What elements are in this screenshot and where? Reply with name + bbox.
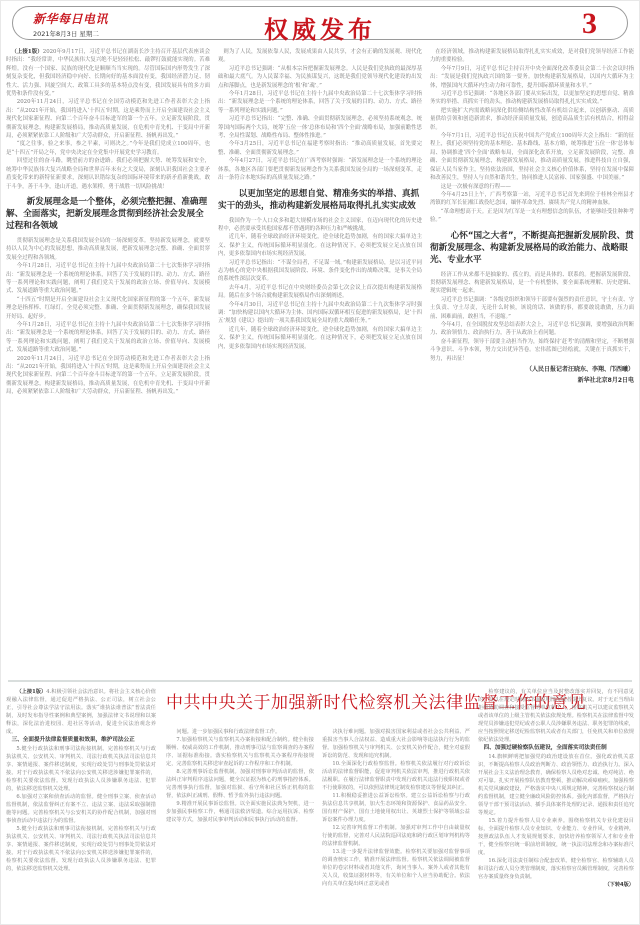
article-headline: 中共中央关于加强新时代检察机关法律监督工作的意见 bbox=[166, 688, 466, 718]
article-paragraph: 7.加强检察机关与监察机关办案衔接和配合制约。健全衔接顺畅、权威高效的工作机制，… bbox=[166, 736, 314, 768]
article-paragraph: 习近平总书记指出：“不谋全局者，不足谋一域。”构建新发展格局，是以习近平同志为核… bbox=[218, 259, 422, 284]
article-paragraph: 我国作为一个人口众多和超大规模市场的社会主义国家，在迈向现代化的历史进程中，必然… bbox=[218, 217, 422, 234]
lower-column-3: 决执行难问题。加强对损害国家利益或者社会公共利益、严重损害当事人合法权益、造成重… bbox=[322, 728, 470, 920]
article-paragraph: 近几年，随着全球政治经济环境变化，逆全球化趋势加剧，有的国家大搞单边主义、保护主… bbox=[218, 233, 422, 258]
lower-column-4: 检察建议的，有关单位应当及时整改落实并回复，有不同意见的，可以在规定时间内书面说… bbox=[478, 688, 634, 920]
article-paragraph: 今年4月25日上午，广西考察第一站，习近平总书记首先来到位于桂林全州县才湾镇的红… bbox=[430, 191, 634, 208]
upper-column-2: 则为了人民，发展依靠人民，发展成果由人民共享，才会有正确的发展观、现代化观。 习… bbox=[218, 48, 422, 676]
article-paragraph: 9.精准开展民事诉讼监督。以全面实施民法典为契机，进一步加强民事检察工作，畅通司… bbox=[166, 800, 314, 824]
article-paragraph: “革命理想高于天。正是因为红军是一支有理想信念的队伍，才能够经受住种种考验。” bbox=[430, 208, 634, 225]
article-paragraph: 习近平总书记指出：“完整、准确、全面贯彻新发展理念，必须坚持系统观念，统筹国内国… bbox=[218, 115, 422, 140]
lower-column-2: 问题。进一步加强民事和行政法律监督工作。 7.加强检察机关与监察机关办案衔接和配… bbox=[166, 728, 314, 920]
article-paragraph: 14.旗帜鲜明把加强党的政治建设放在首位。强化政治机关意识，不断提高检察人员政治… bbox=[478, 753, 634, 817]
article-paragraph: （上接1版）2020年9月17日，习近平总书记在湖南长沙主持召开基层代表座谈会时… bbox=[6, 48, 210, 98]
article-paragraph: 16.深化司法责任制综合配套改革。健全检察官、检察辅助人员和司法行政人员分类管理… bbox=[478, 857, 634, 881]
article-paragraph: 去年4月，习近平总书记在中央财经委员会第七次会议上首次提出构建新发展格局。随后在… bbox=[218, 284, 422, 301]
article-paragraph: 今年4月30日，习近平总书记在主持十九届中央政治局第二十九次集体学习时强调：“加… bbox=[218, 301, 422, 326]
continued-from-kicker: （上接1版） bbox=[16, 689, 46, 695]
article-subheading: 以更加坚定的思想自觉、精准务实的举措、真抓实干的劲头，推动构建新发展格局取得扎扎… bbox=[218, 188, 422, 212]
article-subheading: 心怀“国之大者”，不断提高把握新发展阶段、贯彻新发展理念、构建新发展格局的政治能… bbox=[430, 230, 634, 266]
article-paragraph: 今年7月1日，习近平总书记在庆祝中国共产党成立100周年大会上指出：“新的征程上… bbox=[430, 132, 634, 182]
article-paragraph: （上接1版）4.积极引领社会法治意识。将社会主义核心价值观融入法律监督，通过促进… bbox=[6, 688, 156, 736]
article-paragraph: 检察建议的，有关单位应当及时整改落实并回复，有不同意见的，可以在规定时间内书面说… bbox=[478, 688, 634, 744]
article-paragraph: 11.积极稳妥推进公益诉讼检察。建立公益诉讼检察与行政执法信息共享机制，加大生态… bbox=[322, 792, 470, 824]
article-paragraph: 近几年，随着全球政治经济环境变化，逆全球化趋势加剧，有的国家大搞单边主义、保护主… bbox=[218, 326, 422, 351]
article-subheading: 四、加强过硬检察队伍建设，全面落实司法责任制 bbox=[478, 744, 634, 753]
article-paragraph: 贯彻新发展理念是关系我国发展全局的一场深刻变革。坚持新发展理念，就要坚持以人民为… bbox=[6, 237, 210, 262]
article-subheading: 新发展理念是一个整体，必须完整把握、准确理解、全面落实，把新发展理念贯彻到经济社… bbox=[6, 196, 210, 232]
article-paragraph: 今年1月28日，习近平总书记在主持十九届中央政治局第二十七次集体学习时指出：“新… bbox=[6, 262, 210, 296]
article-paragraph: 在经济领域，推动构建新发展格局取得扎扎实实成效，是对我们党领导经济工作能力的重要… bbox=[430, 48, 634, 65]
section-title: 权威发布 bbox=[13, 10, 627, 45]
article-paragraph: 8.完善刑事诉讼监督机制。加强对刑事审判活动的监督，依法纠正审判程序违法问题，健… bbox=[166, 768, 314, 800]
article-paragraph: 6.加强对立案和侦查活动的监督。健全刑事立案、侦查活动监督机制，依法监督纠正有案… bbox=[6, 793, 156, 825]
article-paragraph: 回望过往的奋斗路，眺望前方的奋进路。我们必须把握大势、统筹发展和安全，统筹中华民… bbox=[6, 157, 210, 191]
article-paragraph: 决执行难问题。加强对损害国家利益或者社会公共利益、严重损害当事人合法权益、造成重… bbox=[322, 728, 470, 760]
article-paragraph: 今年7月9日，习近平总书记主持召开中央全面深化改革委员会第二十次会议时指出：“发… bbox=[430, 65, 634, 90]
article-paragraph: 则为了人民，发展依靠人民，发展成果由人民共享，才会有正确的发展观、现代化观。 bbox=[218, 48, 422, 65]
article-paragraph: 习近平总书记强调：“从根本宗旨把握新发展理念。人民是我们党执政的最深厚基础和最大… bbox=[218, 65, 422, 90]
article-paragraph: 把实施扩大内需战略同深化供给侧结构性改革有机结合起来，以创新驱动、高质量供给引领… bbox=[430, 107, 634, 132]
article-subheading: 三、全面提升法律监督质量和效果，维护司法公正 bbox=[6, 736, 156, 745]
article-paragraph: 习近平总书记强调：“各地区各部门要从实际出发，以更加坚定的思想自觉、精准务实的举… bbox=[430, 90, 634, 107]
continued-on-page: （下转4版） bbox=[478, 881, 634, 889]
page-masthead: 新华每日电讯 2021年8月3日 星期二 权威发布 3 bbox=[12, 6, 628, 40]
upper-article: （上接1版）2020年9月17日，习近平总书记在湖南长沙主持召开基层代表座谈会时… bbox=[6, 48, 634, 676]
article-paragraph: 问题。进一步加强民事和行政法律监督工作。 bbox=[166, 728, 314, 736]
continued-from-kicker: （上接1版） bbox=[11, 49, 42, 55]
article-paragraph: 13.进一步提升法律监督效能。检察机关要加强对监督事项的调查核实工作，精准开展法… bbox=[322, 848, 470, 888]
upper-column-1: （上接1版）2020年9月17日，习近平总书记在湖南长沙主持召开基层代表座谈会时… bbox=[6, 48, 210, 676]
lower-article: （上接1版）4.积极引领社会法治意识。将社会主义核心价值观融入法律监督，通过促进… bbox=[6, 688, 634, 920]
article-paragraph: 今年4月27日，习近平总书记在广西考察时强调：“新发展理念是一个系统的理论体系，… bbox=[218, 157, 422, 182]
lower-column-1: （上接1版）4.积极引领社会法治意识。将社会主义核心价值观融入法律监督，通过促进… bbox=[6, 688, 156, 920]
article-paragraph: 习近平总书记强调：“各级党组织和领导干部要有强烈的责任意识，守土有责、守土负责、… bbox=[430, 296, 634, 321]
article-paragraph: 今年1月28日，习近平总书记在主持十九届中央政治局第二十七次集体学习时指出：“新… bbox=[218, 90, 422, 115]
article-paragraph: 今年4月，在全国脱贫攻坚总结表彰大会上，习近平总书记强调，要增强政治判断力、政治… bbox=[430, 321, 634, 338]
article-paragraph: 12.完善审判监督工作机制。加强对审判工作中自由裁量权行使的监督，完善对人民法院… bbox=[322, 824, 470, 848]
article-paragraph: “度之往事，验之来事，参之平素，可则决之。”今年是我们党成立100周年，也是“十… bbox=[6, 140, 210, 157]
article-paragraph: 今年3月25日，习近平总书记在福建考察时指出：“推动高质量发展，首先要完整、准确… bbox=[218, 140, 422, 157]
section-divider bbox=[8, 680, 632, 682]
upper-column-3: 在经济领域，推动构建新发展格局取得扎扎实实成效，是对我们党领导经济工作能力的重要… bbox=[430, 48, 634, 676]
article-paragraph: 奋斗新征程，领导干部要主动担当作为，始终保持‘赶考’的清醒和坚定，不断增强斗争意… bbox=[430, 338, 634, 363]
article-paragraph: 今年1月28日，习近平总书记在主持十九届中央政治局第二十七次集体学习时指出：“新… bbox=[6, 321, 210, 355]
article-paragraph: 2020年11月24日，习近平总书记在全国劳动模范和先进工作者表彰大会上指出：“… bbox=[6, 98, 210, 140]
article-paragraph: 10.全面深化行政检察监督。检察机关依法履行对行政诉讼活动的法律监督职能，促进审… bbox=[322, 760, 470, 792]
article-paragraph: 经济工作从来都不是抽象的、孤立的，而是具体的、联系的。把握新发展阶段、贯彻新发展… bbox=[430, 271, 634, 296]
page-number: 3 bbox=[582, 7, 597, 41]
article-paragraph: “十四五”时期是开启全面建设社会主义现代化国家新征程的第一个五年，新发展理念是指… bbox=[6, 296, 210, 321]
article-paragraph: 2020年11月24日，习近平总书记在全国劳动模范和先进工作者表彰大会上指出：“… bbox=[6, 355, 210, 397]
article-paragraph: 5.健全行政执法和刑事司法衔接机制。完善检察机关与行政执法机关、公安机关、审判机… bbox=[6, 825, 156, 873]
article-paragraph: 5.健全行政执法和刑事司法衔接机制。完善检察机关与行政执法机关、公安机关、审判机… bbox=[6, 745, 156, 793]
article-paragraph: 15.着力提升检察人员专业素养。围绕检察机关专业化建设目标，全面提升检察人员专业… bbox=[478, 817, 634, 857]
dateline: 新华社北京8月2日电 bbox=[430, 376, 634, 385]
article-paragraph: 这是一次极有深意的行程—— bbox=[430, 183, 634, 191]
reporter-byline: （人民日报记者汪晓东、李翔、邝西曦） bbox=[430, 365, 634, 374]
